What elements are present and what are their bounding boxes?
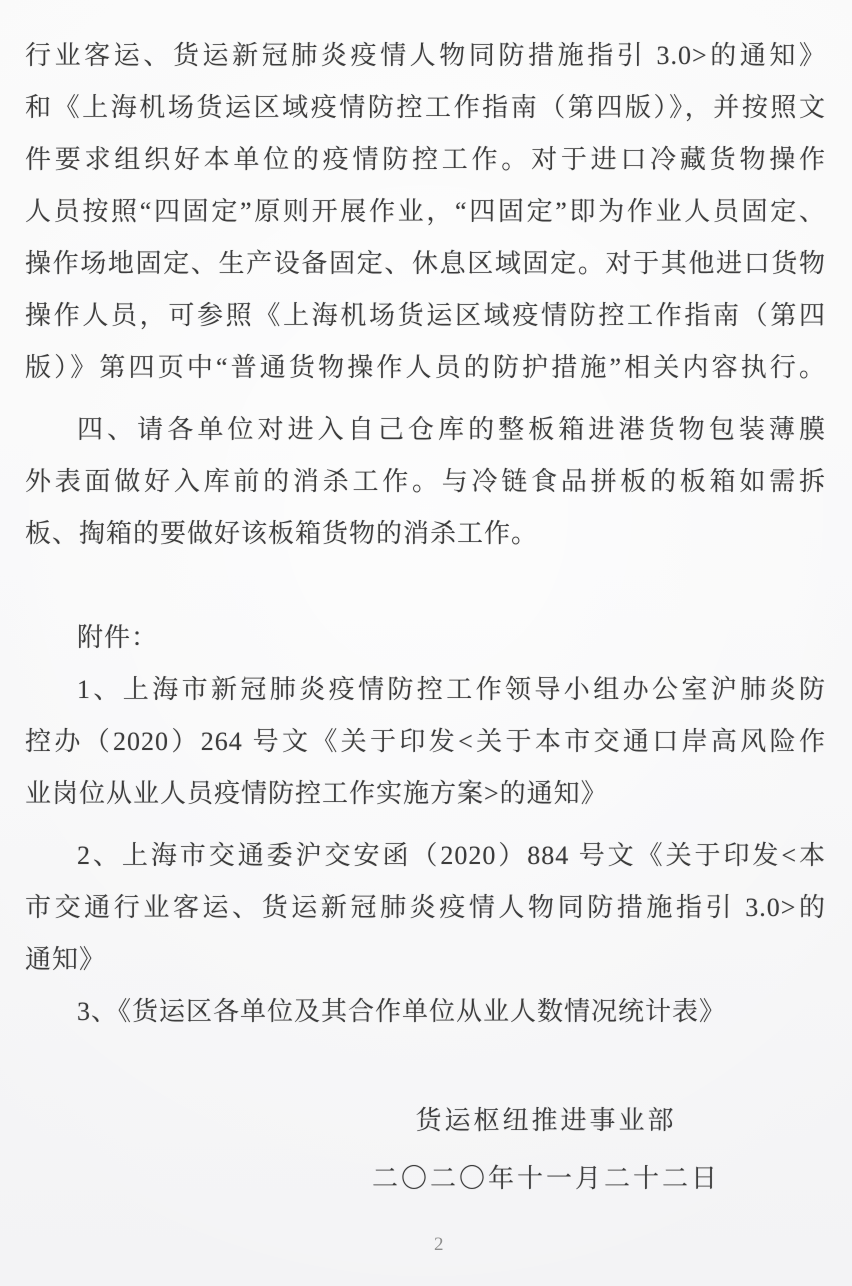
body-line: 板、掏箱的要做好该板箱货物的消杀工作。	[25, 508, 826, 560]
body-line: 外表面做好入库前的消杀工作。与冷链食品拼板的板箱如需拆	[25, 456, 826, 508]
attachments-label: 附件：	[25, 612, 826, 664]
body-line: 操作人员，可参照《上海机场货运区域疫情防控工作指南（第四	[25, 290, 826, 342]
body-line: 人员按照“四固定”原则开展作业，“四固定”即为作业人员固定、	[25, 186, 826, 238]
body-line: 操作场地固定、生产设备固定、休息区域固定。对于其他进口货物	[25, 238, 826, 290]
body-line: 件要求组织好本单位的疫情防控工作。对于进口冷藏货物操作	[25, 134, 826, 186]
document-body: 行业客运、货运新冠肺炎疫情人物同防措施指引 3.0>的通知》 和《上海机场货运区…	[0, 0, 852, 1208]
attachment-item-3-line: 3、《货运区各单位及其合作单位从业人数情况统计表》	[25, 986, 826, 1038]
body-line: 和《上海机场货运区域疫情防控工作指南（第四版）》，并按照文	[25, 82, 826, 134]
attachment-item-1-line: 1、上海市新冠肺炎疫情防控工作领导小组办公室沪肺炎防	[25, 664, 826, 716]
body-line: 版）》第四页中“普通货物操作人员的防护措施”相关内容执行。	[25, 342, 826, 394]
signature-block: 货运枢纽推进事业部 二〇二〇年十一月二十二日	[346, 1092, 746, 1208]
attachment-item-1-line: 业岗位从业人员疫情防控工作实施方案>的通知》	[25, 768, 826, 820]
signature-date: 二〇二〇年十一月二十二日	[346, 1150, 746, 1208]
scanned-document-page: 行业客运、货运新冠肺炎疫情人物同防措施指引 3.0>的通知》 和《上海机场货运区…	[0, 0, 852, 1286]
paragraph-item-4-line: 四、请各单位对进入自己仓库的整板箱进港货物包装薄膜	[25, 404, 826, 456]
attachment-item-1-line: 控办（2020）264 号文《关于印发<关于本市交通口岸高风险作	[25, 716, 826, 768]
attachment-item-2-line: 2、上海市交通委沪交安函（2020）884 号文《关于印发<本	[25, 830, 826, 882]
signature-department: 货运枢纽推进事业部	[346, 1092, 746, 1150]
page-number: 2	[434, 1232, 444, 1258]
body-line: 行业客运、货运新冠肺炎疫情人物同防措施指引 3.0>的通知》	[25, 30, 826, 82]
attachment-item-2-line: 通知》	[25, 934, 826, 986]
attachment-item-2-line: 市交通行业客运、货运新冠肺炎疫情人物同防措施指引 3.0>的	[25, 882, 826, 934]
